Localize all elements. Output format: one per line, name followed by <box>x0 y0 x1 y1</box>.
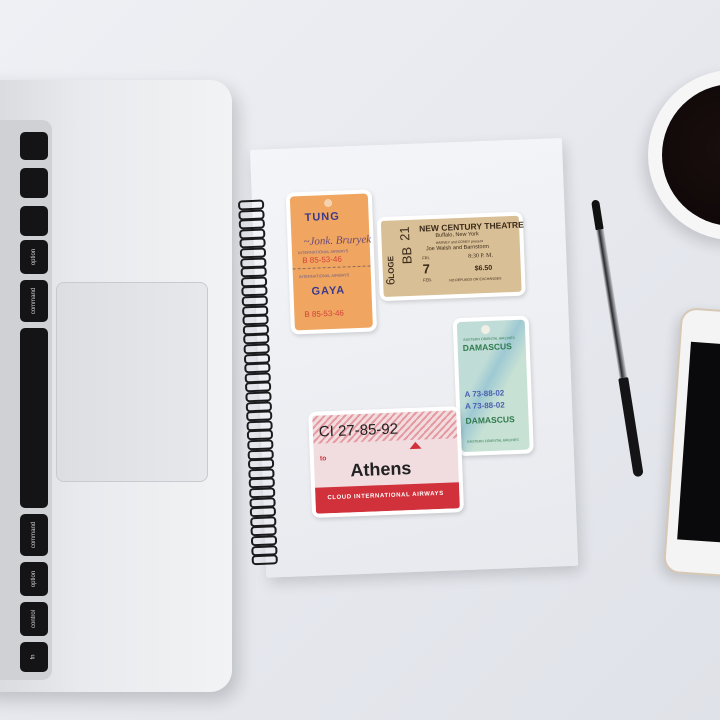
keyboard-key-option[interactable]: option <box>20 240 48 274</box>
keyboard: option command command option control fn <box>0 120 52 680</box>
coffee <box>662 84 720 226</box>
spiral-binding <box>250 138 562 150</box>
coffee-cup <box>648 70 720 240</box>
keyboard-spacebar[interactable] <box>20 328 48 508</box>
keyboard-key-command[interactable]: command <box>20 280 48 322</box>
tag-top-city: DAMASCUS <box>463 341 512 353</box>
ticket-sec-number: 6 <box>383 278 397 285</box>
keyboard-key-fn[interactable]: fn <box>20 642 48 672</box>
tag-hole <box>481 325 490 334</box>
sticker-theatre-ticket: LOGE 21 BB 6 NEW CENTURY THEATRE Buffalo… <box>377 212 526 302</box>
perforation <box>293 265 371 269</box>
ticket-act: Joe Walsh and Barnstorm <box>426 244 489 252</box>
ticket-month: FEB. <box>423 277 432 282</box>
tag-code: A 73-88-02 <box>464 388 504 399</box>
tag-small-label: INTERNATIONAL AIRWAYS <box>299 272 350 279</box>
ticket-day: 7 <box>422 261 430 276</box>
tag-top-code: B 85-53-46 <box>302 255 342 266</box>
keyboard-key-command[interactable]: command <box>20 514 48 556</box>
ticket-footer: NO REFUNDS OR EXCHANGES <box>449 276 501 282</box>
tag-small-label: EASTERN ORIENTAL AIRLINES <box>467 438 518 444</box>
athens-flight: CI 27-85-92 <box>319 421 399 441</box>
laptop: option command command option control fn <box>0 80 232 692</box>
ticket-row: BB <box>399 247 415 265</box>
sticker-luggage-tag-orange: TUNG ~Jonk. Bruryek INTERNATIONAL AIRWAY… <box>286 189 377 334</box>
tag-code: A 73-88-02 <box>465 400 505 411</box>
keyboard-key-control[interactable]: control <box>20 602 48 636</box>
keyboard-key[interactable] <box>20 168 48 198</box>
ticket-time: 8:30 P. M. <box>468 253 493 260</box>
triangle-icon <box>409 442 421 449</box>
phone-screen[interactable] <box>677 342 720 545</box>
ticket-location: Buffalo, New York <box>435 231 479 239</box>
athens-destination: Athens <box>350 458 412 481</box>
keyboard-key-option[interactable]: option <box>20 562 48 596</box>
signature: ~Jonk. Bruryek <box>303 233 371 248</box>
spiral-notebook: TUNG ~Jonk. Bruryek INTERNATIONAL AIRWAY… <box>250 138 578 578</box>
ticket-seat: 21 <box>397 226 413 241</box>
tag-bottom-city: DAMASCUS <box>465 414 514 426</box>
trackpad[interactable] <box>56 282 208 482</box>
spiral-ring <box>252 554 278 565</box>
tag-bottom-code: B 85-53-46 <box>304 309 344 320</box>
pen <box>590 199 644 477</box>
athens-to-label: to <box>320 455 327 462</box>
keyboard-key[interactable] <box>20 206 48 236</box>
ticket-section: LOGE <box>386 256 396 279</box>
tag-hole <box>324 199 332 207</box>
keyboard-key[interactable] <box>20 132 48 160</box>
sticker-luggage-tag-green: EASTERN ORIENTAL AIRLINES DAMASCUS A 73-… <box>453 315 534 456</box>
smartphone <box>663 307 720 579</box>
sticker-athens-tag: CI 27-85-92 to Athens CLOUD INTERNATIONA… <box>308 406 464 518</box>
tag-bottom-name: GAYA <box>311 284 345 297</box>
tag-top-name: TUNG <box>304 211 340 224</box>
ticket-day-label: FRI. <box>422 255 430 260</box>
ticket-price: $6.50 <box>475 265 493 273</box>
